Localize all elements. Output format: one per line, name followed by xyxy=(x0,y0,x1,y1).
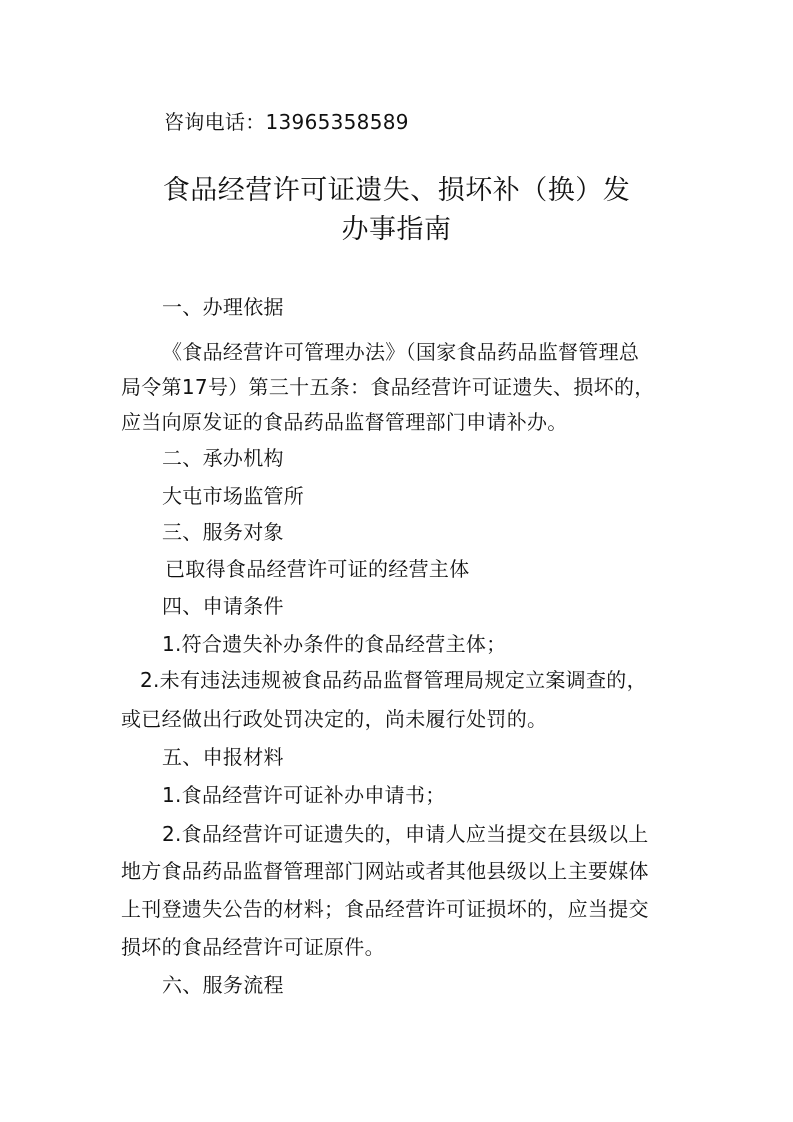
document-page: 咨询电话：13965358589 食品经营许可证遗失、损坏补（换）发 办事指南 … xyxy=(0,0,793,1122)
document-title-line2: 办事指南 xyxy=(0,213,793,247)
paragraph-line: 应当向原发证的食品药品监督管理部门申请补办。 xyxy=(121,410,568,434)
consult-phone: 咨询电话：13965358589 xyxy=(164,110,409,134)
paragraph-line: 局令第17号）第三十五条：食品经营许可证遗失、损坏的， xyxy=(121,375,655,399)
paragraph-line: 2.食品经营许可证遗失的，申请人应当提交在县级以上 xyxy=(162,822,649,846)
section-heading-conditions: 四、申请条件 xyxy=(162,594,284,618)
paragraph-line: 2.未有违法违规被食品药品监督管理局规定立案调查的， xyxy=(140,668,647,692)
paragraph-line: 1.符合遗失补办条件的食品经营主体； xyxy=(162,632,506,656)
paragraph-line: 大屯市场监管所 xyxy=(162,484,304,508)
paragraph-line: 已取得食品经营许可证的经营主体 xyxy=(165,557,470,581)
section-heading-basis: 一、办理依据 xyxy=(162,295,284,319)
section-heading-materials: 五、申报材料 xyxy=(162,745,284,769)
paragraph-line: 地方食品药品监督管理部门网站或者其他县级以上主要媒体 xyxy=(121,859,649,883)
document-title-line1: 食品经营许可证遗失、损坏补（换）发 xyxy=(0,174,793,208)
paragraph-line: 上刊登遗失公告的材料；食品经营许可证损坏的，应当提交 xyxy=(121,897,649,921)
paragraph-line: 1.食品经营许可证补办申请书； xyxy=(162,783,446,807)
paragraph-line: 损坏的食品经营许可证原件。 xyxy=(121,935,385,959)
paragraph-line: 《食品经营许可管理办法》（国家食品药品监督管理总 xyxy=(162,340,639,364)
section-heading-service-target: 三、服务对象 xyxy=(162,520,284,544)
section-heading-agency: 二、承办机构 xyxy=(162,446,284,470)
paragraph-line: 或已经做出行政处罚决定的，尚未履行处罚的。 xyxy=(121,707,547,731)
section-heading-process: 六、服务流程 xyxy=(162,973,284,997)
